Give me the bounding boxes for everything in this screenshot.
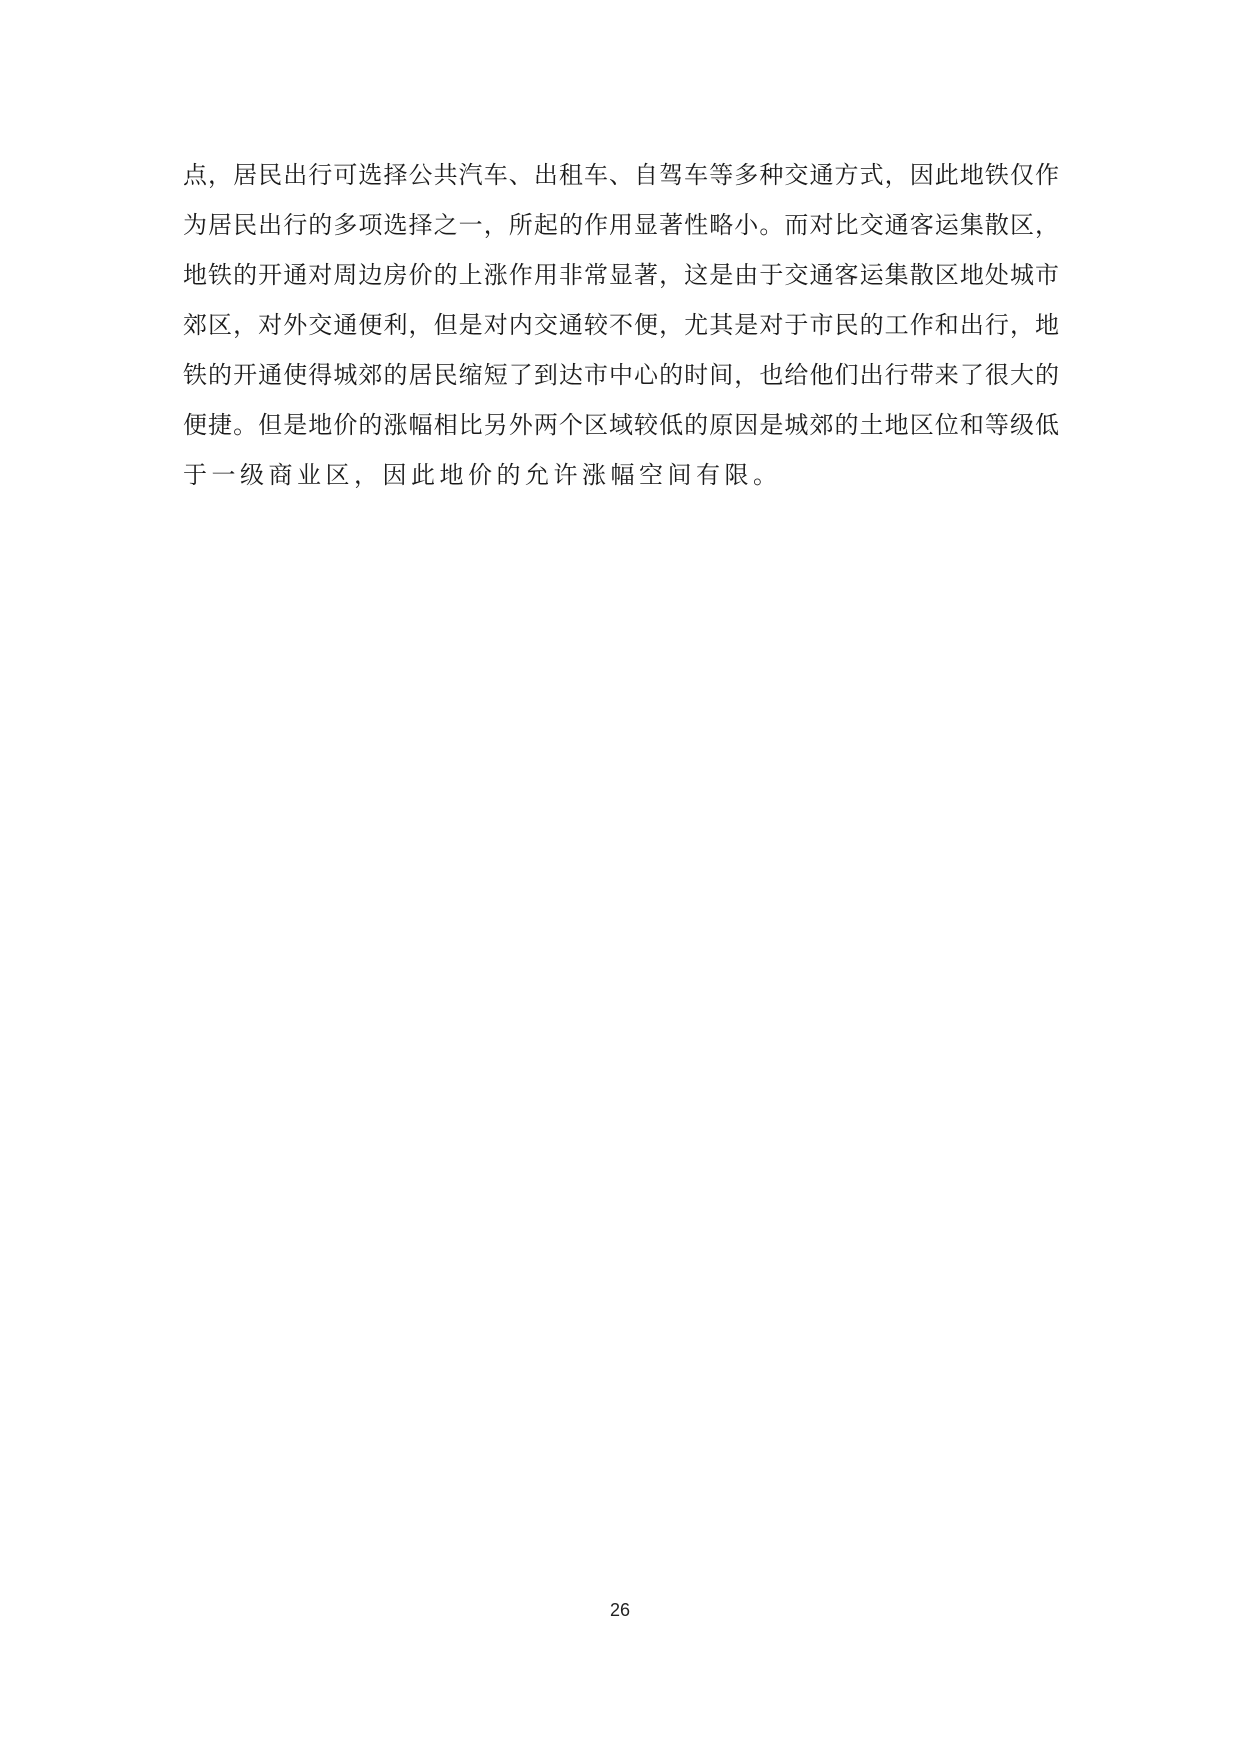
paragraph-line: 于一级商业区，因此地价的允许涨幅空间有限。 xyxy=(183,455,1059,505)
document-page: 点，居民出行可选择公共汽车、出租车、自驾车等多种交通方式，因此地铁仅作 为居民出… xyxy=(0,0,1240,1754)
body-paragraph: 点，居民出行可选择公共汽车、出租车、自驾车等多种交通方式，因此地铁仅作 为居民出… xyxy=(183,155,1059,505)
paragraph-line: 便捷。但是地价的涨幅相比另外两个区域较低的原因是城郊的土地区位和等级低 xyxy=(183,405,1059,455)
paragraph-line: 为居民出行的多项选择之一，所起的作用显著性略小。而对比交通客运集散区， xyxy=(183,205,1059,255)
paragraph-line: 地铁的开通对周边房价的上涨作用非常显著，这是由于交通客运集散区地处城市 xyxy=(183,255,1059,305)
paragraph-line: 郊区，对外交通便利，但是对内交通较不便，尤其是对于市民的工作和出行，地 xyxy=(183,305,1059,355)
paragraph-line: 点，居民出行可选择公共汽车、出租车、自驾车等多种交通方式，因此地铁仅作 xyxy=(183,155,1059,205)
page-number: 26 xyxy=(0,1600,1240,1621)
paragraph-line: 铁的开通使得城郊的居民缩短了到达市中心的时间，也给他们出行带来了很大的 xyxy=(183,355,1059,405)
